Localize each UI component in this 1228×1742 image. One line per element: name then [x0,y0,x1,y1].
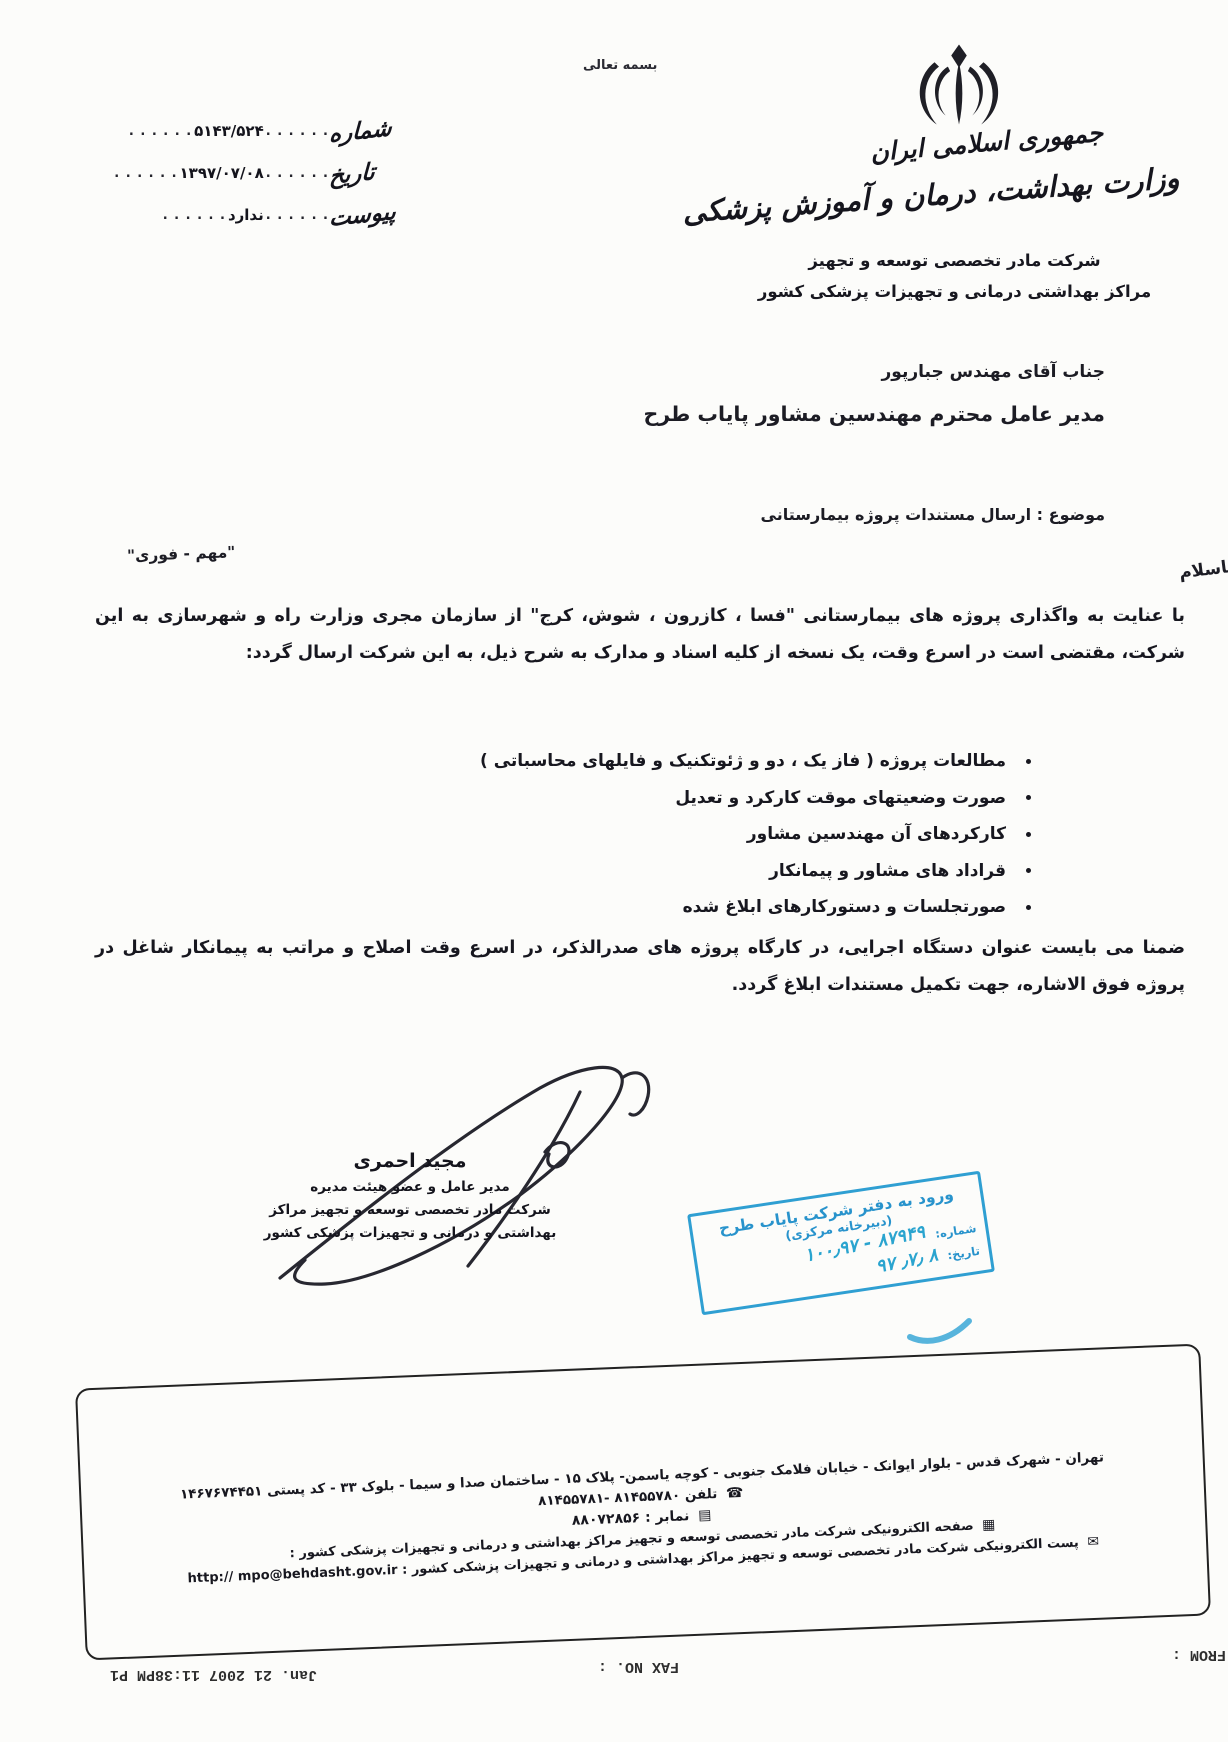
fax-header-datetime: Jan. 21 2007 11:38PM P1 [110,1666,317,1683]
fax-header-from: FROM : [1172,1646,1226,1663]
footer-box: تهران - شهرک قدس - بلوار ایوانک - خیابان… [75,1344,1211,1661]
recipient-title: مدیر عامل محترم مهندسین مشاور پایاب طرح [643,402,1105,426]
org-name-block: شرکت مادر تخصصی توسعه و تجهیز مراکز بهدا… [727,245,1182,307]
recipient-name: جناب آقای مهندس جبارپور [882,362,1106,382]
dots-leader: . . . . . . [114,166,177,181]
org-name-line1: شرکت مادر تخصصی توسعه و تجهیز [727,245,1182,276]
attachment-value: ندارد [226,206,266,224]
subject-line: موضوع : ارسال مستندات پروژه بیمارستانی [761,505,1106,524]
footer-fax: نمابر : ۸۸۰۷۲۸۵۶ [572,1508,690,1529]
bullet-item: کارکردهای آن مهندسین مشاور [201,816,1031,853]
body-paragraph-1: با عنایت به واگذاری پروژه های بیمارستانی… [95,598,1185,672]
stamp-number-label: شماره: [934,1220,977,1240]
org-name-line2: مراکز بهداشتی درمانی و تجهیزات پزشکی کشو… [727,276,1182,307]
dots-leader: . . . . . . [266,124,329,139]
email-url: http:// mpo@behdasht.gov.ir [187,1563,397,1586]
priority-note: "مهم - فوری" [127,543,236,565]
signature-stroke-icon [250,1030,670,1290]
bullet-dot-icon [1026,868,1031,873]
meta-row-date: تاریخ . . . . . . ۱۳۹۷/۰۷/۰۸ . . . . . . [95,152,403,194]
bullet-item: صورت وضعیتهای موقت کارکرد و تعدیل [201,780,1031,817]
number-label: شماره [329,114,404,148]
stamp-tick-icon [905,1315,975,1347]
bullet-text: قراداد های مشاور و پیمانکار [769,861,1006,881]
gov-calligraphy-line2: وزارت بهداشت، درمان و آموزش پزشکی [682,161,1181,230]
bullet-text: مطالعات پروژه ( فاز یک ، دو و ژئوتکنیک و… [480,751,1006,771]
footer-phone: تلفن ۸۱۴۵۵۷۸۰ -۸۱۴۵۵۷۸۱ [538,1486,718,1509]
scanned-letter-page: بسمه تعالی جمهوری اسلامی ایران وزارت بهد… [0,0,1228,1742]
attachment-label: پیوست [329,198,404,232]
dots-leader: . . . . . . [266,166,329,181]
letter-meta: شماره . . . . . . ۵۱۴۳/۵۲۴ . . . . . . ت… [95,110,403,236]
meta-row-attachment: پیوست . . . . . . ندارد . . . . . . [95,194,403,236]
besmele-text: بسمه تعالی [583,58,657,73]
entry-stamp: ورود به دفتر شرکت پایاب طرح (دبیرخانه مر… [687,1171,995,1316]
fax-header-faxno: FAX NO. : [598,1658,679,1675]
web-icon: ▦ [982,1517,996,1534]
date-value: ۱۳۹۷/۰۷/۰۸ [178,164,266,182]
bullet-text: صورتجلسات و دستورکارهای ابلاغ شده [683,897,1006,917]
bullet-text: صورت وضعیتهای موقت کارکرد و تعدیل [675,788,1006,808]
dots-leader: . . . . . . [129,124,192,139]
bullet-item: صورتجلسات و دستورکارهای ابلاغ شده [201,889,1031,926]
dots-leader: . . . . . . [163,208,226,223]
date-label: تاریخ [329,156,404,190]
bullet-dot-icon [1026,832,1031,837]
email-icon: ✉ [1087,1534,1099,1550]
bullet-item: مطالعات پروژه ( فاز یک ، دو و ژئوتکنیک و… [201,743,1031,780]
bullet-list: مطالعات پروژه ( فاز یک ، دو و ژئوتکنیک و… [201,743,1031,926]
body-paragraph-2: ضمنا می بایست عنوان دستگاه اجرایی، در کا… [95,930,1185,1004]
dots-leader: . . . . . . [266,208,329,223]
meta-row-number: شماره . . . . . . ۵۱۴۳/۵۲۴ . . . . . . [95,110,403,152]
bullet-dot-icon [1026,795,1031,800]
stamp-date-label: تاریخ: [946,1243,980,1262]
fax-icon: ▤ [698,1507,712,1524]
number-value: ۵۱۴۳/۵۲۴ [192,122,266,140]
iran-emblem-icon [903,40,1015,140]
phone-icon: ☎ [726,1485,744,1502]
bullet-dot-icon [1026,905,1031,910]
bullet-text: کارکردهای آن مهندسین مشاور [747,824,1006,844]
salutation: باسلام [1178,557,1228,584]
bullet-dot-icon [1026,759,1031,764]
bullet-item: قراداد های مشاور و پیمانکار [201,853,1031,890]
